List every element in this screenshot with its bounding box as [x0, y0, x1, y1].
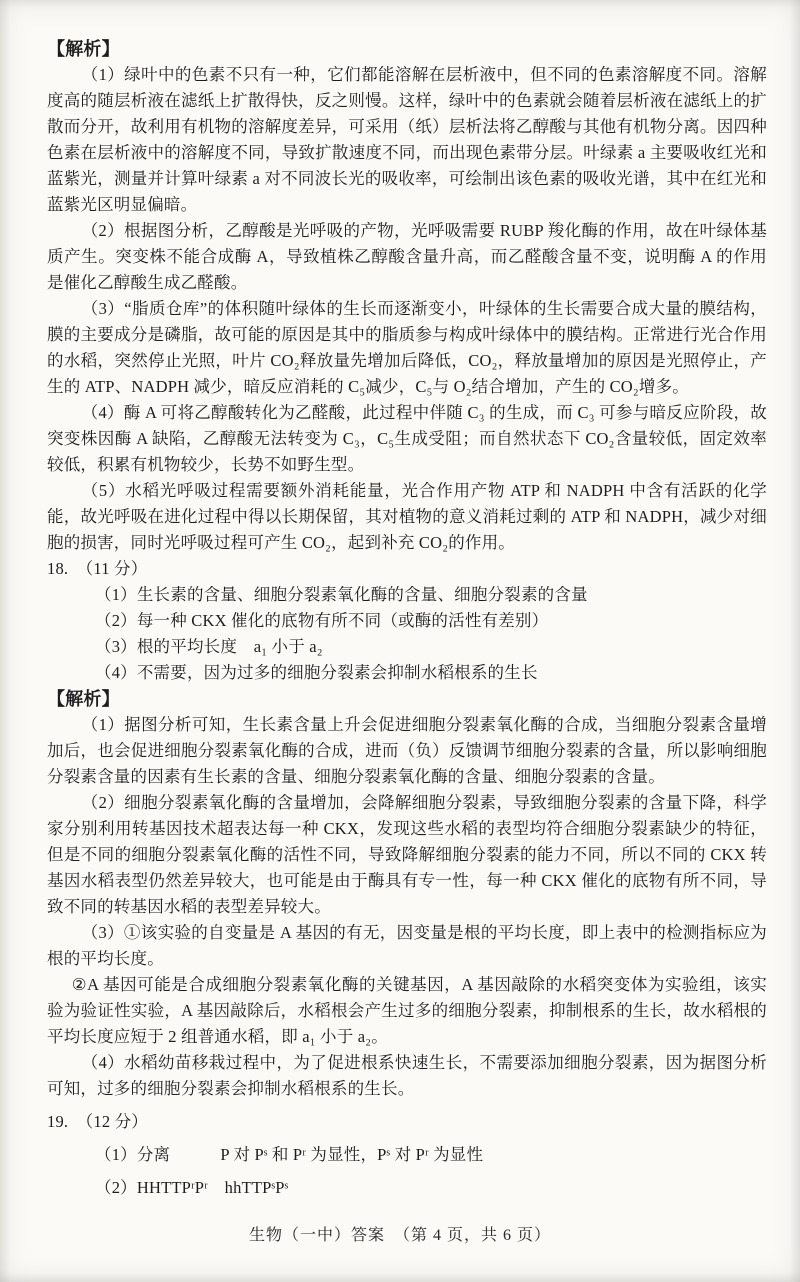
para-q17-4: （4）酶 A 可将乙醇酸转化为乙醛酸，此过程中伴随 C₃ 的生成，而 C₃ 可参… [47, 400, 767, 478]
para-q18-2: （2）细胞分裂素氧化酶的含量增加，会降解细胞分裂素，导致细胞分裂素的含量下降，科… [47, 790, 767, 920]
answer-18-1: （1）生长素的含量、细胞分裂素氧化酶的含量、细胞分裂素的含量 [47, 582, 767, 608]
question-18-heading: 18. （11 分） [47, 556, 767, 582]
question-19-heading: 19. （12 分） [47, 1109, 767, 1135]
answer-18-2: （2）每一种 CKX 催化的底物有所不同（或酶的活性有差别） [47, 608, 767, 634]
page-content: 【解析】 （1）绿叶中的色素不只有一种，它们都能溶解在层析液中，但不同的色素溶解… [47, 36, 767, 1201]
para-q17-3: （3）“脂质仓库”的体积随叶绿体的生长而逐渐变小，叶绿体的生长需要合成大量的膜结… [47, 296, 767, 400]
para-q18-3b: ②A 基因可能是合成细胞分裂素氧化酶的关键基因，A 基因敲除的水稻突变体为实验组… [47, 972, 767, 1050]
para-q17-5: （5）水稻光呼吸过程需要额外消耗能量，光合作用产物 ATP 和 NADPH 中含… [47, 478, 767, 556]
answer-19-1: （1）分离 P 对 Pˢ 和 Pʳ 为显性，Pˢ 对 Pʳ 为显性 [47, 1142, 767, 1168]
para-q17-2: （2）根据图分析，乙醇酸是光呼吸的产物，光呼吸需要 RUBP 羧化酶的作用，故在… [47, 218, 767, 296]
page-footer: 生物（一中）答案 （第 4 页，共 6 页） [0, 1222, 800, 1245]
analysis-header-q18: 【解析】 [47, 686, 767, 712]
answer-19-2: （2）HHTTPʳPʳ hhTTPˢPˢ [47, 1175, 767, 1201]
analysis-header-q17: 【解析】 [47, 36, 767, 62]
para-q18-4: （4）水稻幼苗移栽过程中，为了促进根系快速生长，不需要添加细胞分裂素，因为据图分… [47, 1050, 767, 1102]
para-q18-1: （1）据图分析可知，生长素含量上升会促进细胞分裂素氧化酶的合成，当细胞分裂素含量… [47, 712, 767, 790]
answer-sheet-page: 【解析】 （1）绿叶中的色素不只有一种，它们都能溶解在层析液中，但不同的色素溶解… [0, 0, 800, 1282]
answer-18-3: （3）根的平均长度 a₁ 小于 a₂ [47, 634, 767, 660]
para-q18-3a: （3）①该实验的自变量是 A 基因的有无，因变量是根的平均长度，即上表中的检测指… [47, 920, 767, 972]
answer-18-4: （4）不需要，因为过多的细胞分裂素会抑制水稻根系的生长 [47, 660, 767, 686]
para-q17-1: （1）绿叶中的色素不只有一种，它们都能溶解在层析液中，但不同的色素溶解度不同。溶… [47, 62, 767, 218]
